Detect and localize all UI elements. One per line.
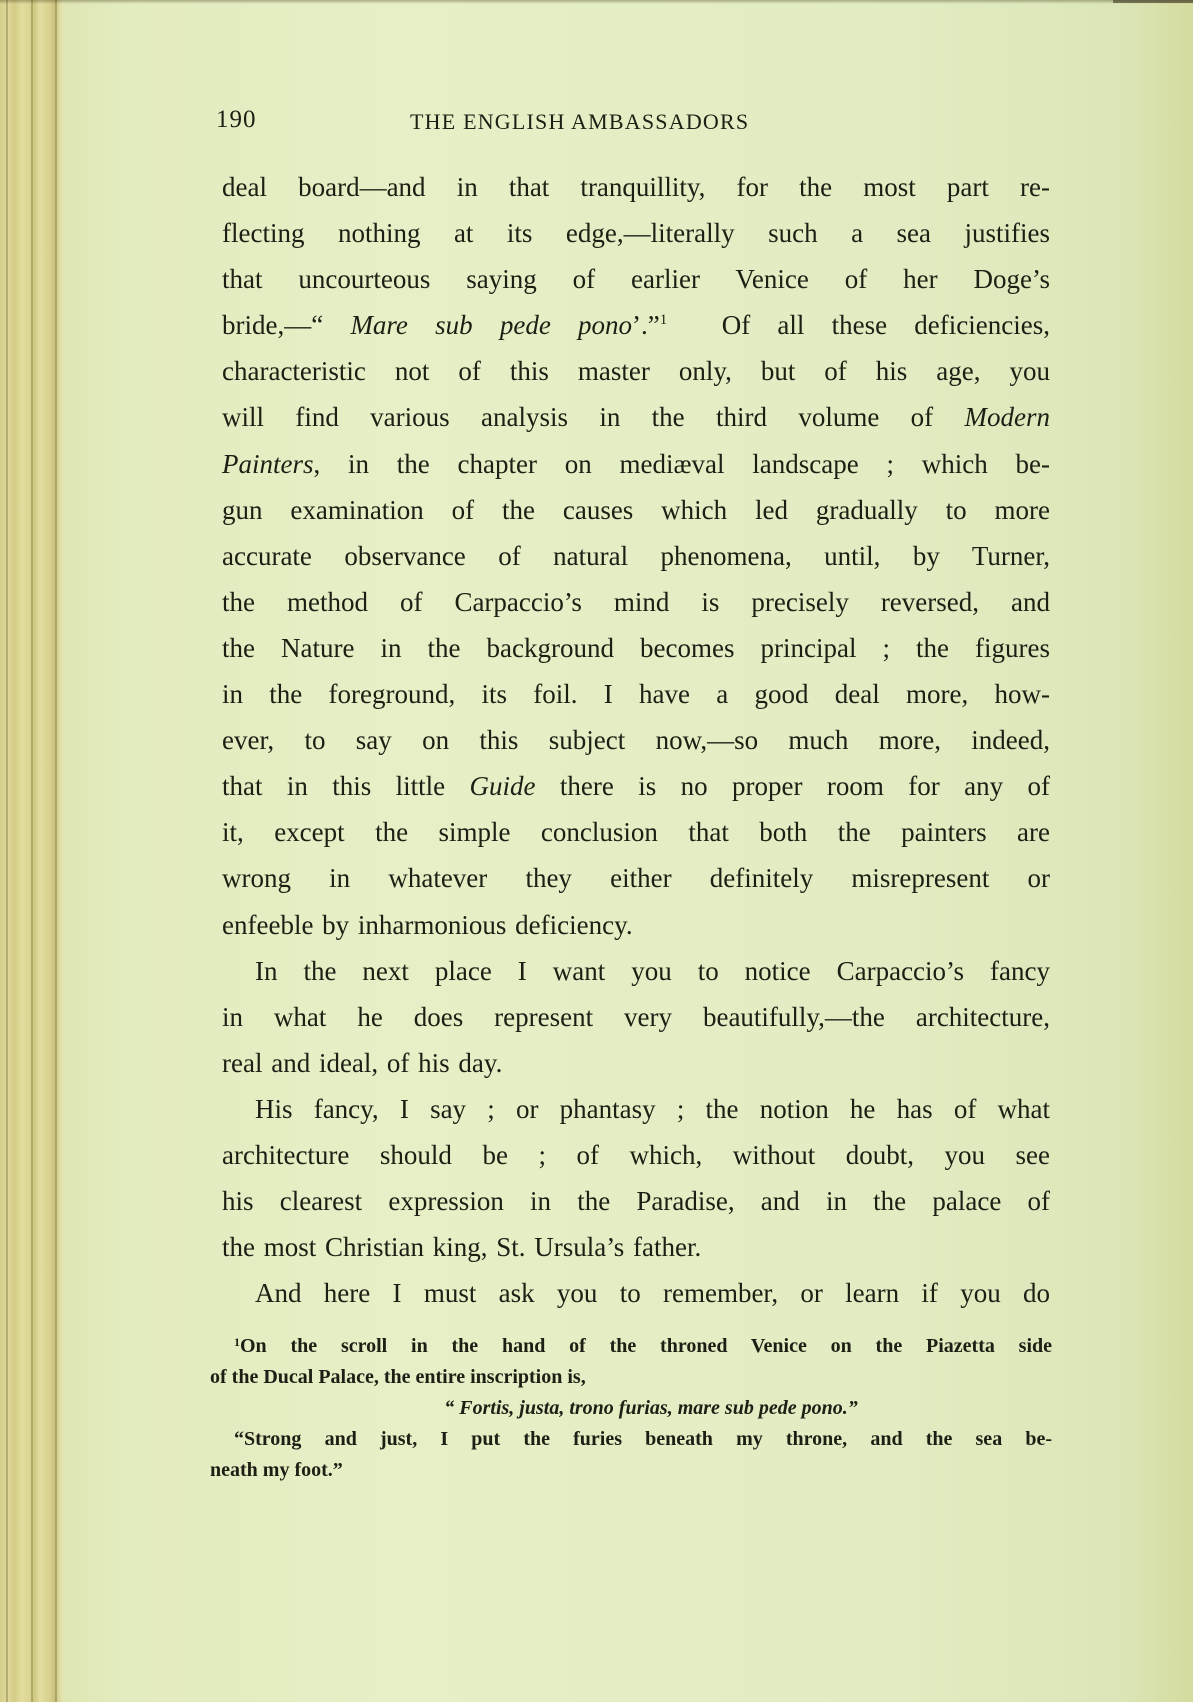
text-line: that in this little Guide there is no pr… — [222, 763, 1050, 809]
running-title: THE ENGLISH AMBASSADORS — [410, 109, 749, 135]
footnote-translation: neath my foot.” — [210, 1455, 1052, 1486]
page-edge-line — [55, 0, 57, 1702]
footnote-line: 1On the scroll in the hand of the throne… — [210, 1331, 1052, 1362]
paragraph-start-line: His fancy, I say ; or phantasy ; the not… — [222, 1086, 1050, 1132]
text-line: enfeeble by inharmonious deficiency. — [222, 902, 1050, 948]
corner-shadow — [1113, 0, 1193, 3]
text-line: in the foreground, its foil. I have a go… — [222, 671, 1050, 717]
text-line: characteristic not of this master only, … — [222, 348, 1050, 394]
page-edge-line — [31, 0, 33, 1702]
text-line: the Nature in the background becomes pri… — [222, 625, 1050, 671]
page-header: 190 THE ENGLISH AMBASSADORS — [216, 106, 1066, 138]
text-line: deal board—and in that tranquillity, for… — [222, 164, 1050, 210]
italic-book-title: Painters — [222, 449, 314, 479]
text-line: the method of Carpaccio’s mind is precis… — [222, 579, 1050, 625]
text-line: architecture should be ; of which, witho… — [222, 1132, 1050, 1178]
text-line: in what he does represent very beautiful… — [222, 994, 1050, 1040]
footnotes: 1On the scroll in the hand of the throne… — [210, 1331, 1052, 1486]
text-line: will find various analysis in the third … — [222, 394, 1050, 440]
italic-book-title: Modern — [965, 402, 1050, 432]
paragraph-start-line: In the next place I want you to notice C… — [222, 948, 1050, 994]
text-line: his clearest expression in the Paradise,… — [222, 1178, 1050, 1224]
text-line: that uncourteous saying of earlier Venic… — [222, 256, 1050, 302]
text-line: bride,—“ Mare sub pede pono’.”1 Of all t… — [222, 302, 1050, 348]
page-edge-line — [6, 0, 8, 1702]
text-line: accurate observance of natural phenomena… — [222, 533, 1050, 579]
top-shadow — [0, 0, 1193, 4]
italic-latin-phrase: Mare sub pede pono — [350, 310, 632, 340]
paragraph-start-line: And here I must ask you to remember, or … — [222, 1270, 1050, 1316]
text-line: ever, to say on this subject now,—so muc… — [222, 717, 1050, 763]
italic-book-title: Guide — [470, 771, 536, 801]
text-line: gun examination of the causes which led … — [222, 487, 1050, 533]
text-line: real and ideal, of his day. — [222, 1040, 1050, 1086]
text-line: it, except the simple conclusion that bo… — [222, 809, 1050, 855]
text-line: wrong in whatever they either definitely… — [222, 855, 1050, 901]
page-number: 190 — [216, 106, 257, 134]
footnote-line: of the Ducal Palace, the entire inscript… — [210, 1362, 1052, 1393]
footnote-translation: “Strong and just, I put the furies benea… — [210, 1424, 1052, 1455]
text-line: the most Christian king, St. Ursula’s fa… — [222, 1224, 1050, 1270]
body-text: deal board—and in that tranquillity, for… — [222, 164, 1050, 1316]
text-line: Painters, in the chapter on mediæval lan… — [222, 441, 1050, 487]
footnote-latin-inscription: “ Fortis, justa, trono furias, mare sub … — [210, 1393, 1052, 1424]
text-line: flecting nothing at its edge,—literally … — [222, 210, 1050, 256]
